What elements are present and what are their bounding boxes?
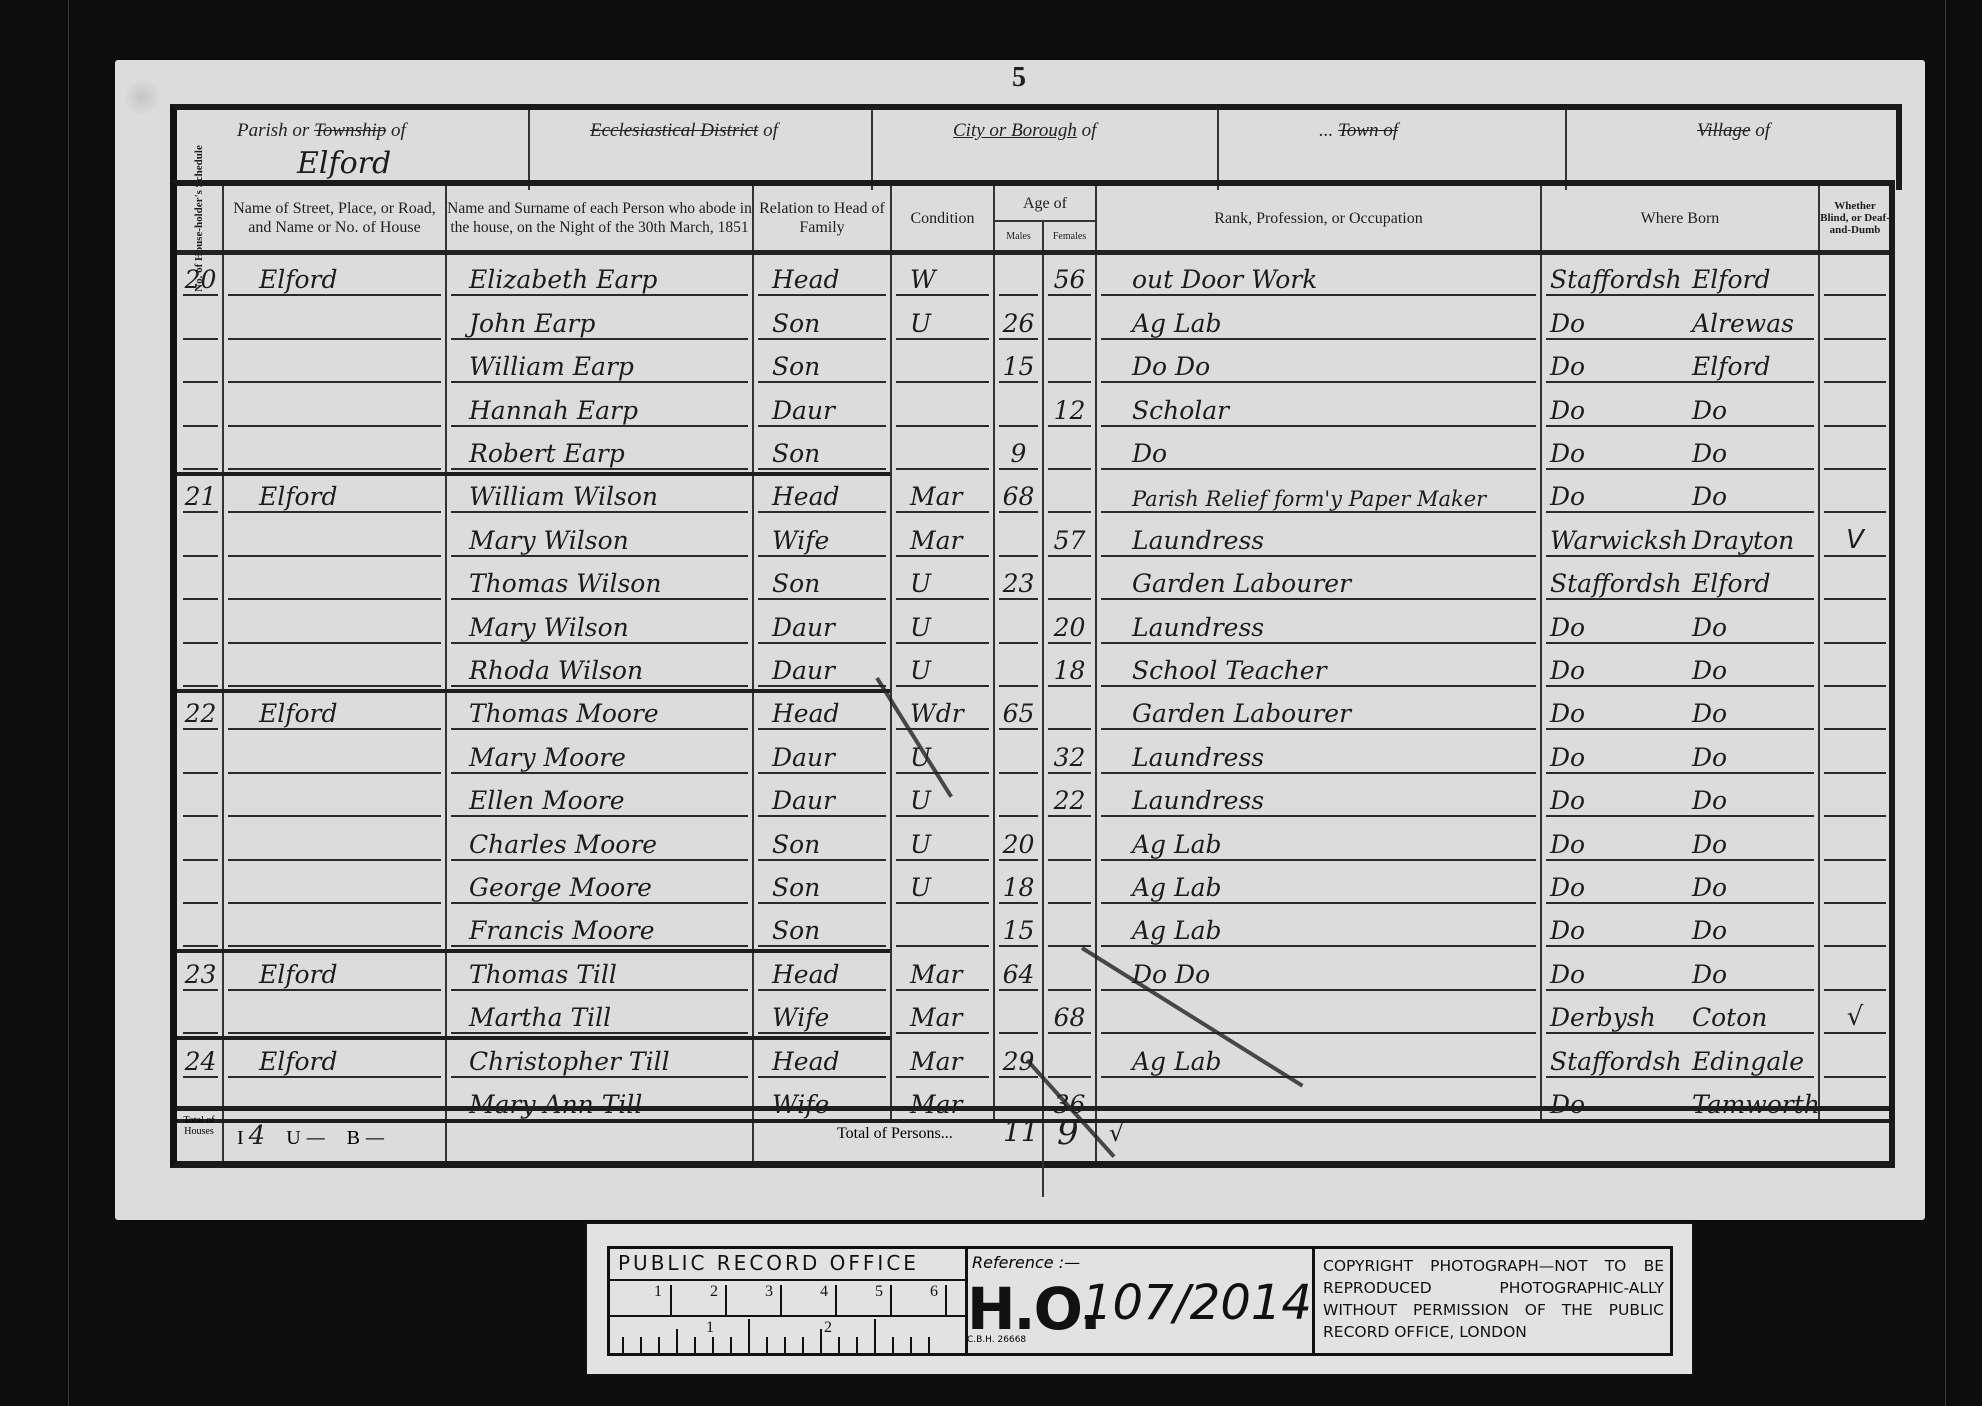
ruled-line — [183, 859, 218, 861]
reference-box-extension — [1227, 1246, 1312, 1356]
schedule-cell — [179, 559, 222, 602]
ruled-line — [183, 1032, 218, 1034]
born-place-cell: Edingale — [1682, 1036, 1818, 1079]
condition-cell: Mar — [892, 993, 993, 1036]
male-age-cell: 15 — [995, 342, 1042, 385]
total-males: 11 — [1003, 1115, 1039, 1148]
ruled-line — [1101, 685, 1536, 687]
ruled-line — [1824, 989, 1886, 991]
total-persons-label: Total of Persons... — [837, 1125, 953, 1143]
ruled-line — [1546, 902, 1814, 904]
header-occupation: Rank, Profession, or Occupation — [1097, 186, 1540, 250]
male-age-cell: 20 — [995, 819, 1042, 862]
ruled-line — [451, 555, 748, 557]
ruled-line — [999, 294, 1038, 296]
ruled-line — [1824, 815, 1886, 817]
table-row: 20ElfordElizabeth EarpHeadW56out Door Wo… — [177, 255, 1889, 298]
houses-counts: I 4 U — B — — [237, 1121, 385, 1151]
male-age-cell — [995, 776, 1042, 819]
building-count: — — [365, 1125, 385, 1149]
ruler-mark: 1 — [706, 1319, 714, 1337]
name-cell: Christopher Till — [447, 1036, 752, 1079]
ruled-line — [228, 294, 441, 296]
name-cell: Robert Earp — [447, 429, 752, 472]
ruled-line — [999, 685, 1038, 687]
condition-cell — [892, 429, 993, 472]
ruled-line — [758, 902, 886, 904]
city-label: City or Borough of — [953, 120, 1096, 142]
name-cell: Charles Moore — [447, 819, 752, 862]
ruled-line — [999, 859, 1038, 861]
ruled-line — [1048, 1076, 1091, 1078]
condition-cell: U — [892, 559, 993, 602]
name-cell: Mary Wilson — [447, 515, 752, 558]
city-label-under: City or — [953, 120, 1011, 141]
born-place-cell: Do — [1682, 646, 1818, 689]
female-age-cell: 22 — [1044, 776, 1095, 819]
male-age-cell — [995, 255, 1042, 298]
ruled-line — [1048, 902, 1091, 904]
relation-cell: Head — [754, 949, 890, 992]
ruled-line — [896, 902, 989, 904]
ruled-line — [1048, 1032, 1091, 1034]
blind-cell — [1820, 646, 1890, 689]
street-cell: Elford — [224, 472, 445, 515]
ruled-line — [1101, 511, 1536, 513]
ruled-line — [183, 555, 218, 557]
occupation-cell: Laundress — [1097, 776, 1540, 819]
occupation-cell: Laundress — [1097, 515, 1540, 558]
town-label: ... Town of — [1319, 120, 1398, 142]
born-county-cell: Do — [1542, 863, 1682, 906]
schedule-cell — [179, 993, 222, 1036]
ruled-line — [1824, 772, 1886, 774]
ruled-line — [451, 1076, 748, 1078]
header-age-of: Age of — [995, 186, 1095, 222]
ruled-line — [1824, 425, 1886, 427]
blind-cell — [1820, 776, 1890, 819]
ruled-line — [1824, 468, 1886, 470]
ruled-line — [999, 772, 1038, 774]
female-age-cell: 18 — [1044, 646, 1095, 689]
street-cell — [224, 429, 445, 472]
ruled-line — [228, 902, 441, 904]
born-place-cell: Do — [1682, 819, 1818, 862]
ruled-line — [1546, 859, 1814, 861]
occupation-cell: Ag Lab — [1097, 906, 1540, 949]
ruled-line — [999, 1076, 1038, 1078]
schedule-cell — [179, 819, 222, 862]
ruled-line — [999, 815, 1038, 817]
condition-cell: Mar — [892, 1036, 993, 1079]
ruler-mark: 6 — [930, 1283, 938, 1301]
condition-cell: Mar — [892, 515, 993, 558]
ruled-line — [1824, 642, 1886, 644]
ruled-line — [896, 642, 989, 644]
name-cell: Elizabeth Earp — [447, 255, 752, 298]
male-age-cell: 18 — [995, 863, 1042, 906]
ruled-line — [1048, 425, 1091, 427]
blind-cell — [1820, 298, 1890, 341]
ruled-line — [451, 425, 748, 427]
ruled-line — [999, 425, 1038, 427]
parish-label-suffix: of — [386, 120, 406, 141]
relation-cell: Daur — [754, 385, 890, 428]
table-row: Robert EarpSon9DoDoDo — [177, 429, 1889, 472]
schedule-cell — [179, 646, 222, 689]
born-place-cell: Do — [1682, 689, 1818, 732]
name-cell: Mary Moore — [447, 732, 752, 775]
ruled-line — [896, 425, 989, 427]
uninhabited-count: — — [306, 1125, 326, 1149]
page-smudge — [122, 80, 162, 115]
reference-code: C.B.H. 26668 — [967, 1335, 1026, 1345]
ruled-line — [758, 945, 886, 947]
blind-cell — [1820, 906, 1890, 949]
ruled-line — [451, 381, 748, 383]
ruled-line — [1824, 294, 1886, 296]
header-males: Males — [995, 222, 1042, 250]
name-cell: Thomas Moore — [447, 689, 752, 732]
ruled-line — [999, 468, 1038, 470]
village-label-suffix: of — [1750, 120, 1770, 141]
ruled-line — [896, 294, 989, 296]
ruler-mark: 3 — [765, 1283, 773, 1301]
table-row: Mary WilsonWifeMar57LaundressWarwickshDr… — [177, 515, 1889, 558]
reference-prefix: H.O. — [967, 1275, 1100, 1343]
ruled-line — [758, 294, 886, 296]
ruled-line — [896, 859, 989, 861]
relation-cell: Wife — [754, 993, 890, 1036]
copyright-notice: COPYRIGHT PHOTOGRAPH—NOT TO BE REPRODUCE… — [1323, 1255, 1664, 1343]
ruled-line — [999, 642, 1038, 644]
city-label-suffix: of — [1077, 120, 1097, 141]
ruled-line — [758, 772, 886, 774]
total-houses-label: Total of Houses — [179, 1115, 219, 1137]
female-age-cell — [1044, 689, 1095, 732]
male-age-cell: 9 — [995, 429, 1042, 472]
ruled-line — [1101, 555, 1536, 557]
schedule-cell: 22 — [179, 689, 222, 732]
name-cell: Mary Wilson — [447, 602, 752, 645]
female-age-cell — [1044, 906, 1095, 949]
condition-cell — [892, 385, 993, 428]
street-cell: Elford — [224, 949, 445, 992]
parish-label-struck: Township — [314, 120, 386, 141]
born-place-cell: Do — [1682, 949, 1818, 992]
condition-cell: Mar — [892, 949, 993, 992]
ruled-line — [999, 555, 1038, 557]
table-row: Mary MooreDaurU32LaundressDoDo — [177, 732, 1889, 775]
name-cell: Rhoda Wilson — [447, 646, 752, 689]
ruled-line — [1101, 815, 1536, 817]
header-name: Name and Surname of each Person who abod… — [447, 186, 752, 250]
blind-cell — [1820, 429, 1890, 472]
ruled-line — [183, 425, 218, 427]
male-age-cell — [995, 602, 1042, 645]
ruled-line — [1546, 1032, 1814, 1034]
parish-label-prefix: Parish or — [237, 120, 314, 141]
name-cell: Ellen Moore — [447, 776, 752, 819]
female-age-cell — [1044, 949, 1095, 992]
schedule-cell — [179, 732, 222, 775]
ruled-line — [1824, 1032, 1886, 1034]
born-place-cell: Elford — [1682, 342, 1818, 385]
uninhabited-prefix: U — [286, 1127, 300, 1149]
ruled-line — [896, 338, 989, 340]
relation-cell: Wife — [754, 515, 890, 558]
relation-cell: Son — [754, 863, 890, 906]
ecclesiastical-cell: Ecclesiastical District of — [530, 110, 873, 190]
table-row: Mary WilsonDaurU20LaundressDoDo — [177, 602, 1889, 645]
condition-cell — [892, 342, 993, 385]
household-separator — [177, 1036, 890, 1040]
ruled-line — [1546, 685, 1814, 687]
table-row: 23ElfordThomas TillHeadMar64Do DoDoDo — [177, 949, 1889, 992]
ruled-line — [999, 511, 1038, 513]
ruled-line — [896, 685, 989, 687]
ruled-line — [183, 1076, 218, 1078]
ruled-line — [896, 945, 989, 947]
total-females: 9 — [1057, 1113, 1079, 1153]
ruled-line — [1048, 468, 1091, 470]
ruled-line — [999, 338, 1038, 340]
household-separator — [177, 472, 890, 476]
ruled-line — [228, 338, 441, 340]
ruled-line — [451, 1032, 748, 1034]
ruled-line — [451, 511, 748, 513]
ruled-line — [1048, 381, 1091, 383]
reference-label: Reference :— — [972, 1253, 1080, 1272]
place-header: Parish or Township of Elford Ecclesiasti… — [170, 104, 1902, 190]
table-row: Francis MooreSon15Ag LabDoDo — [177, 906, 1889, 949]
relation-cell: Head — [754, 1036, 890, 1079]
ruled-line — [896, 815, 989, 817]
town-cell: ... Town of — [1219, 110, 1567, 190]
ruled-line — [228, 772, 441, 774]
male-age-cell: 65 — [995, 689, 1042, 732]
table-row: Ellen MooreDaurU22LaundressDoDo — [177, 776, 1889, 819]
born-place-cell: Do — [1682, 732, 1818, 775]
ruled-line — [1101, 728, 1536, 730]
ruled-line — [183, 945, 218, 947]
ruled-line — [1101, 294, 1536, 296]
schedule-cell — [179, 385, 222, 428]
ruled-line — [1101, 945, 1536, 947]
condition-cell: Mar — [892, 472, 993, 515]
born-place-cell: Do — [1682, 602, 1818, 645]
ruled-line — [1546, 945, 1814, 947]
ruled-line — [183, 815, 218, 817]
ruled-line — [1048, 728, 1091, 730]
male-age-cell: 26 — [995, 298, 1042, 341]
ruled-line — [1824, 685, 1886, 687]
female-age-cell: 56 — [1044, 255, 1095, 298]
ruler-mark: 5 — [875, 1283, 883, 1301]
born-county-cell: Staffordsh — [1542, 1036, 1682, 1079]
inhabited-count: 4 — [249, 1121, 266, 1151]
ruled-line — [1101, 902, 1536, 904]
born-place-cell: Do — [1682, 906, 1818, 949]
born-place-cell: Alrewas — [1682, 298, 1818, 341]
male-age-cell — [995, 646, 1042, 689]
street-cell — [224, 776, 445, 819]
ruled-line — [758, 425, 886, 427]
ruled-line — [451, 815, 748, 817]
born-place-cell: Do — [1682, 776, 1818, 819]
ruler-mark: 4 — [820, 1283, 828, 1301]
ruled-line — [758, 598, 886, 600]
female-age-cell — [1044, 298, 1095, 341]
ruled-line — [451, 642, 748, 644]
street-cell: Elford — [224, 689, 445, 732]
relation-cell: Head — [754, 255, 890, 298]
ruled-line — [999, 945, 1038, 947]
male-age-cell — [995, 993, 1042, 1036]
ruled-line — [896, 772, 989, 774]
name-cell: Hannah Earp — [447, 385, 752, 428]
scan-artifact — [68, 0, 69, 1406]
born-county-cell: Do — [1542, 385, 1682, 428]
header-condition: Condition — [892, 186, 993, 250]
page-number: 5 — [1012, 62, 1026, 94]
blind-cell — [1820, 385, 1890, 428]
born-place-cell: Drayton — [1682, 515, 1818, 558]
born-place-cell: Elford — [1682, 559, 1818, 602]
header-relation: Relation to Head of Family — [754, 186, 890, 250]
ruled-line — [228, 815, 441, 817]
occupation-cell: Ag Lab — [1097, 1036, 1540, 1079]
female-age-cell — [1044, 429, 1095, 472]
male-age-cell — [995, 732, 1042, 775]
totals-row: Total of Houses I 4 U — B — Total of Per… — [177, 1106, 1889, 1161]
relation-cell: Daur — [754, 732, 890, 775]
table-row: John EarpSonU26Ag LabDoAlrewas — [177, 298, 1889, 341]
public-record-office-title: PUBLIC RECORD OFFICE — [618, 1251, 919, 1275]
name-cell: Francis Moore — [447, 906, 752, 949]
ruled-line — [1546, 642, 1814, 644]
occupation-cell: School Teacher — [1097, 646, 1540, 689]
ruled-line — [451, 468, 748, 470]
relation-cell: Son — [754, 298, 890, 341]
ruled-line — [1048, 815, 1091, 817]
ruled-line — [1101, 598, 1536, 600]
schedule-cell — [179, 906, 222, 949]
ruled-line — [228, 1032, 441, 1034]
ruled-line — [1824, 381, 1886, 383]
female-age-cell: 57 — [1044, 515, 1095, 558]
relation-cell: Son — [754, 819, 890, 862]
ruled-line — [1048, 555, 1091, 557]
reference-box: Reference :— H.O. 107/2014 C.B.H. 26668 — [962, 1246, 1227, 1356]
copyright-box: COPYRIGHT PHOTOGRAPH—NOT TO BE REPRODUCE… — [1312, 1246, 1673, 1356]
ruled-line — [1048, 859, 1091, 861]
street-cell — [224, 342, 445, 385]
record-office-stamp: PUBLIC RECORD OFFICE 1 2 3 4 5 6 1 2 — [585, 1222, 1694, 1376]
ruled-line — [1546, 555, 1814, 557]
ruled-line — [896, 555, 989, 557]
ruled-line — [1101, 772, 1536, 774]
ruled-line — [896, 381, 989, 383]
village-label-struck: Village — [1697, 120, 1750, 141]
public-record-office-box: PUBLIC RECORD OFFICE 1 2 3 4 5 6 1 2 — [607, 1246, 968, 1356]
ruled-line — [1546, 989, 1814, 991]
male-age-cell: 29 — [995, 1036, 1042, 1079]
parish-label: Parish or Township of — [237, 120, 406, 142]
ruled-line — [1101, 468, 1536, 470]
ruled-line — [1048, 598, 1091, 600]
ruled-line — [451, 338, 748, 340]
town-label-dots: ... — [1319, 120, 1338, 141]
ecclesiastical-label: Ecclesiastical District of — [590, 120, 778, 142]
street-cell — [224, 559, 445, 602]
condition-cell — [892, 906, 993, 949]
inhabited-prefix: I — [237, 1127, 244, 1149]
ruled-line — [1546, 425, 1814, 427]
ruled-line — [183, 902, 218, 904]
ruled-line — [896, 511, 989, 513]
blind-cell — [1820, 819, 1890, 862]
ruled-line — [183, 642, 218, 644]
ruled-line — [999, 381, 1038, 383]
ruled-line — [183, 772, 218, 774]
ruled-line — [1824, 598, 1886, 600]
ruled-line — [1048, 989, 1091, 991]
table-row: Hannah EarpDaur12ScholarDoDo — [177, 385, 1889, 428]
table-row: 21ElfordWilliam WilsonHeadMar68Parish Re… — [177, 472, 1889, 515]
occupation-cell: Laundress — [1097, 732, 1540, 775]
schedule-cell — [179, 298, 222, 341]
female-age-cell: 32 — [1044, 732, 1095, 775]
ruled-line — [1546, 598, 1814, 600]
ruled-line — [228, 859, 441, 861]
street-cell — [224, 993, 445, 1036]
ruled-line — [451, 945, 748, 947]
ruled-line — [1101, 425, 1536, 427]
header-females: Females — [1044, 222, 1095, 250]
ruled-line — [1101, 642, 1536, 644]
ruled-line — [228, 598, 441, 600]
ruled-line — [1546, 1076, 1814, 1078]
born-county-cell: Do — [1542, 689, 1682, 732]
occupation-cell: Parish Relief form'y Paper Maker — [1097, 472, 1540, 515]
street-cell — [224, 863, 445, 906]
relation-cell: Head — [754, 689, 890, 732]
ruled-line — [1048, 294, 1091, 296]
occupation-cell: Laundress — [1097, 602, 1540, 645]
table-row: Martha TillWifeMar68DerbyshCoton√ — [177, 993, 1889, 1036]
ruled-line — [228, 381, 441, 383]
parish-value: Elford — [297, 146, 391, 181]
ruled-line — [758, 815, 886, 817]
village-cell: Village of — [1567, 110, 1902, 190]
blind-cell: V — [1820, 515, 1890, 558]
name-cell: John Earp — [447, 298, 752, 341]
occupation-cell: Do Do — [1097, 949, 1540, 992]
born-county-cell: Do — [1542, 646, 1682, 689]
ruled-line — [758, 642, 886, 644]
ruled-line — [1048, 772, 1091, 774]
relation-cell: Son — [754, 342, 890, 385]
ruled-line — [228, 685, 441, 687]
born-county-cell: Staffordsh — [1542, 255, 1682, 298]
ruled-line — [758, 1076, 886, 1078]
male-age-cell: 23 — [995, 559, 1042, 602]
ruled-line — [1546, 468, 1814, 470]
table-row: George MooreSonU18Ag LabDoDo — [177, 863, 1889, 906]
ruled-line — [1824, 555, 1886, 557]
table-row: William EarpSon15Do DoDoElford — [177, 342, 1889, 385]
